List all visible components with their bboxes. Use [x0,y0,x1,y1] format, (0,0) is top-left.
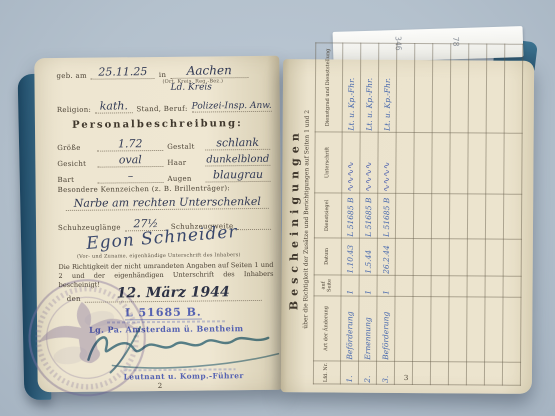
haar-value: dunkelblond [205,154,270,167]
certification-cell [395,132,413,193]
certification-cell: ∿∿∿∿ [359,132,377,193]
certification-cell [431,238,449,275]
augen-value: blaugrau [205,168,270,183]
certification-cell [431,193,449,238]
haar-label: Haar [167,159,201,167]
certification-cell [467,239,485,276]
certification-cell: L 51685 B [359,193,377,238]
certifications-table: Lfd. Nr. Art der Änderung auf Seite Datu… [312,42,522,385]
religion-value: kath. [95,99,132,113]
certification-row: 3.Beförderung126.2.44L 51685 B∿∿∿∿Lt. u.… [376,43,396,384]
certification-cell [430,361,448,384]
religion-beruf-row: Religion: kath. Stand, Beruf: Polizei-In… [57,98,272,114]
kennzeichen-label: Besondere Kennzeichen (z. B. Brillenträg… [58,184,231,194]
certification-cell [502,362,520,385]
right-page: Bescheinigungen über die Richtigkeit der… [281,59,534,394]
certification-cell [466,297,484,362]
beruf-value: Polizei-Insp. Anw. [192,101,272,113]
certification-cell [450,44,469,133]
certification-cell: Lt. u. Kp.-Fhr. [378,43,397,132]
groesse-label: Größe [57,144,93,152]
certification-cell [467,133,485,194]
certification-cell [395,193,413,238]
certification-cell: Ernennung [358,296,376,361]
birth-date-value: 25.11.25 [91,65,155,80]
certification-cell [502,297,520,362]
religion-label: Religion: [57,106,91,114]
owner-signature-note: (Vor- und Zuname, eigenhändige Unterschr… [36,252,281,261]
certification-cell [466,362,484,385]
augen-label: Augen [167,175,201,183]
header-lfd-nr: Lfd. Nr. [313,361,340,384]
certification-cell: L 51685 B [377,193,395,238]
certification-row [430,43,450,384]
certification-cell [485,239,503,276]
certification-row [448,44,468,385]
certification-cell [503,133,521,194]
groesse-value: 1.72 [97,137,163,152]
certification-cell [467,194,485,239]
certification-cell [503,239,521,276]
certification-cell: L 51685 B [341,193,359,238]
certification-cell [395,275,413,296]
desc-row: Gesicht oval Haar dunkelblond [57,152,270,168]
certification-cell [467,276,485,297]
right-page-number: 3 [404,374,409,382]
certification-cell [413,132,431,193]
certification-cell: 1.5.44 [359,238,377,275]
birth-in-label: in [159,71,166,79]
certification-cell [484,297,502,362]
certification-cell [485,133,503,194]
certification-row: 1.Beförderung11.10.43L 51685 B∿∿∿∿Lt. u.… [340,43,360,384]
gesicht-label: Gesicht [57,160,93,168]
certification-cell [449,133,467,194]
certification-cell [486,44,505,133]
certification-cell [448,297,466,362]
certification-cell: Lt. u. Kp.-Fhr. [360,43,379,132]
certification-cell [449,239,467,276]
birth-place-note: Ld. Kreis [171,82,212,92]
certification-cell: 1 [377,275,395,296]
certification-row [502,44,522,385]
certification-cell [413,193,431,238]
header-unterschrift: Unterschrift [314,132,341,193]
certification-cell [430,296,448,361]
certification-cell [449,276,467,297]
certification-cell: 1. [340,361,358,384]
photo-backdrop: 346 78 geb. am 25.11.25 in Aachen (Ort, … [0,0,555,416]
certification-cell: Beförderung [376,296,394,361]
birth-place-value: Aachen [170,63,248,79]
certification-cell: 1 [359,275,377,296]
left-page: geb. am 25.11.25 in Aachen (Ort, Kreis, … [34,56,282,393]
gestalt-label: Gestalt [167,143,201,151]
certification-cell: 1.10.43 [341,238,359,275]
certification-cell [412,296,430,361]
desc-row: Bart – Augen blaugrau [57,168,270,184]
certifications-title: Bescheinigungen [286,54,301,384]
bart-value: – [97,169,163,184]
certification-cell [468,44,487,133]
certification-cell [431,132,449,193]
gesicht-value: oval [97,153,163,168]
certification-cell [485,276,503,297]
certification-cell [503,194,521,239]
certification-cell [449,194,467,239]
certification-cell: Lt. u. Kp.-Fhr. [342,43,361,132]
bart-label: Bart [57,176,93,184]
header-datum: Datum [314,238,341,275]
schuhweite-value [237,229,271,230]
certification-cell: 26.2.44 [377,238,395,275]
rotated-table-area: Bescheinigungen über die Richtigkeit der… [286,54,528,386]
certification-cell [448,362,466,385]
gestalt-value: schlank [205,136,270,151]
header-dienstsiegel: Dienstsiegel [314,193,341,238]
desc-row: Größe 1.72 Gestalt schlank [57,136,270,152]
certification-cell [431,275,449,296]
certification-cell [395,238,413,275]
table-header-row: Lfd. Nr. Art der Änderung auf Seite Datu… [313,43,342,384]
kennzeichen-value: Narbe am rechten Unterschenkel [66,195,269,211]
certification-row [466,44,486,385]
section-title: Personalbeschreibung: [35,118,280,132]
certification-cell [432,43,451,132]
beruf-label: Stand, Beruf: [136,105,187,114]
certification-cell: 3. [376,361,394,384]
certification-row: 2.Ernennung11.5.44L 51685 B∿∿∿∿Lt. u. Kp… [358,43,378,384]
certification-cell [484,362,502,385]
certification-cell [485,194,503,239]
schuhlaenge-label: Schuhzeuglänge [58,223,121,232]
certification-cell [503,276,521,297]
header-auf-seite: auf Seite [314,275,341,296]
header-dienstgrad: Dienstgrad und Dienststellung [315,43,343,132]
certification-row [412,43,432,384]
birth-label: geb. am [56,72,87,80]
certifications-subtitle: über die Richtigkeit der Zusätze und Ber… [301,54,310,384]
eagle-stamp-icon [14,265,160,411]
certification-cell [396,43,415,132]
certification-row [394,43,414,384]
certification-cell [414,43,433,132]
certification-cell: 2. [358,361,376,384]
certification-cell [504,44,523,133]
certification-cell [412,361,430,384]
certification-cell: 1 [341,275,359,296]
certification-row [484,44,504,385]
header-art-der-aenderung: Art der Änderung [313,296,340,361]
certification-cell [394,296,412,361]
certification-cell: Beförderung [340,296,358,361]
certification-cell [413,275,431,296]
certification-cell: ∿∿∿∿ [341,132,359,193]
certification-cell [413,238,431,275]
birth-row: geb. am 25.11.25 in Aachen [56,63,271,80]
certification-cell: ∿∿∿∿ [377,132,395,193]
